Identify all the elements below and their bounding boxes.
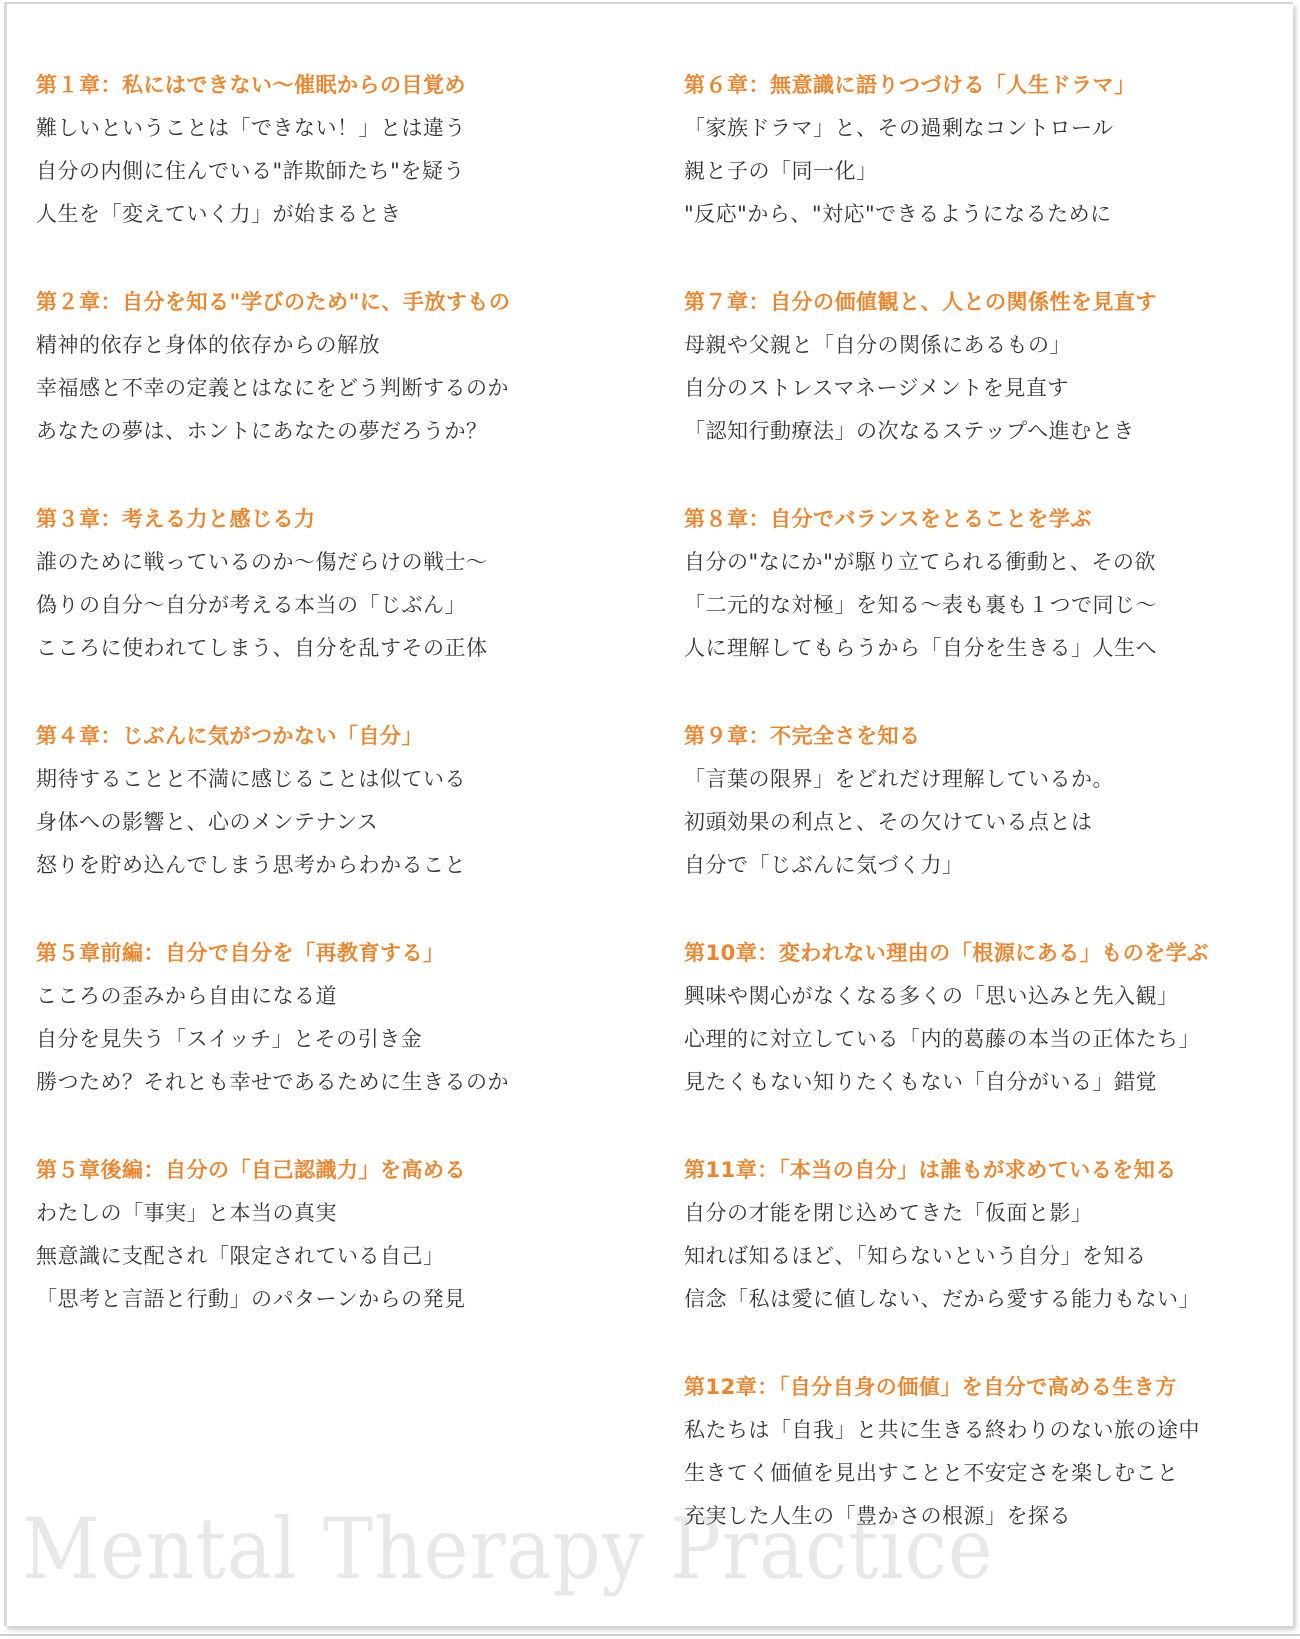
chapter-topic: こころの歪みから自由になる道	[36, 975, 636, 1018]
chapter-title: 第３章：考える力と感じる力	[36, 498, 636, 541]
chapter-topic: 幸福感と不幸の定義とはなにをどう判断するのか	[36, 367, 636, 410]
chapter-title: 第６章：無意識に語りつづける「人生ドラマ」	[684, 64, 1284, 107]
chapter-topic: 偽りの自分〜自分が考える本当の「じぶん」	[36, 584, 636, 627]
chapter-topic: 「家族ドラマ」と、その過剰なコントロール	[684, 107, 1284, 150]
chapter-topic: 自分の内側に住んでいる"詐欺師たち"を疑う	[36, 150, 636, 193]
chapter-title: 第12章：「自分自身の価値」を自分で高める生き方	[684, 1366, 1284, 1409]
chapter-9: 第９章：不完全さを知る 「言葉の限界」をどれだけ理解しているか。 初頭効果の利点…	[684, 715, 1284, 932]
chapter-title: 第４章：じぶんに気がつかない「自分」	[36, 715, 636, 758]
chapter-5-part-1: 第５章前編：自分で自分を「再教育する」 こころの歪みから自由になる道 自分を見失…	[36, 932, 636, 1149]
chapter-2: 第２章：自分を知る"学びのため"に、手放すもの 精神的依存と身体的依存からの解放…	[36, 281, 636, 498]
chapter-topic: 興味や関心がなくなる多くの「思い込みと先入観」	[684, 975, 1284, 1018]
chapter-topic: 自分で「じぶんに気づく力」	[684, 844, 1284, 887]
chapter-topic: あなたの夢は、ホントにあなたの夢だろうか？	[36, 410, 636, 453]
chapter-topic: 私たちは「自我」と共に生きる終わりのない旅の途中	[684, 1409, 1284, 1452]
chapter-title: 第２章：自分を知る"学びのため"に、手放すもの	[36, 281, 636, 324]
chapter-topic: 自分の"なにか"が駆り立てられる衝動と、その欲	[684, 541, 1284, 584]
chapter-11: 第11章：「本当の自分」は誰もが求めているを知る 自分の才能を閉じ込めてきた「仮…	[684, 1149, 1284, 1366]
chapter-title: 第10章：変われない理由の「根源にある」ものを学ぶ	[684, 932, 1284, 975]
chapter-topic: 親と子の「同一化」	[684, 150, 1284, 193]
chapter-12: 第12章：「自分自身の価値」を自分で高める生き方 私たちは「自我」と共に生きる終…	[684, 1366, 1284, 1583]
chapter-topic: 自分を見失う「スイッチ」とその引き金	[36, 1018, 636, 1061]
chapter-title: 第５章後編：自分の「自己認識力」を高める	[36, 1149, 636, 1192]
chapter-list-left: 第１章：私にはできない〜催眠からの目覚め 難しいということは「できない！」とは違…	[36, 64, 636, 1366]
chapter-6: 第６章：無意識に語りつづける「人生ドラマ」 「家族ドラマ」と、その過剰なコントロ…	[684, 64, 1284, 281]
chapter-title: 第11章：「本当の自分」は誰もが求めているを知る	[684, 1149, 1284, 1192]
chapter-topic: 勝つため？それとも幸せであるために生きるのか	[36, 1061, 636, 1104]
chapter-5-part-2: 第５章後編：自分の「自己認識力」を高める わたしの「事実」と本当の真実 無意識に…	[36, 1149, 636, 1366]
chapter-topic: 母親や父親と「自分の関係にあるもの」	[684, 324, 1284, 367]
chapter-topic: 「認知行動療法」の次なるステップへ進むとき	[684, 410, 1284, 453]
chapter-3: 第３章：考える力と感じる力 誰のために戦っているのか〜傷だらけの戦士〜 偽りの自…	[36, 498, 636, 715]
chapter-topic: "反応"から、"対応"できるようになるために	[684, 193, 1284, 236]
chapter-title: 第７章：自分の価値観と、人との関係性を見直す	[684, 281, 1284, 324]
chapter-topic: 生きてく価値を見出すことと不安定さを楽しむこと	[684, 1452, 1284, 1495]
chapter-topic: 初頭効果の利点と、その欠けている点とは	[684, 801, 1284, 844]
chapter-7: 第７章：自分の価値観と、人との関係性を見直す 母親や父親と「自分の関係にあるもの…	[684, 281, 1284, 498]
chapter-list-right: 第６章：無意識に語りつづける「人生ドラマ」 「家族ドラマ」と、その過剰なコントロ…	[684, 64, 1284, 1583]
chapter-title: 第９章：不完全さを知る	[684, 715, 1284, 758]
chapter-title: 第５章前編：自分で自分を「再教育する」	[36, 932, 636, 975]
chapter-title: 第１章：私にはできない〜催眠からの目覚め	[36, 64, 636, 107]
chapter-4: 第４章：じぶんに気がつかない「自分」 期待することと不満に感じることは似ている …	[36, 715, 636, 932]
chapter-topic: 「言葉の限界」をどれだけ理解しているか。	[684, 758, 1284, 801]
chapter-topic: 難しいということは「できない！」とは違う	[36, 107, 636, 150]
chapter-topic: 自分のストレスマネージメントを見直す	[684, 367, 1284, 410]
chapter-topic: 人生を「変えていく力」が始まるとき	[36, 193, 636, 236]
chapter-topic: 見たくもない知りたくもない「自分がいる」錯覚	[684, 1061, 1284, 1104]
chapter-topic: 「思考と言語と行動」のパターンからの発見	[36, 1278, 636, 1321]
chapter-topic: 無意識に支配され「限定されている自己」	[36, 1235, 636, 1278]
chapter-topic: 期待することと不満に感じることは似ている	[36, 758, 636, 801]
chapter-topic: 人に理解してもらうから「自分を生きる」人生へ	[684, 627, 1284, 670]
chapter-topic: わたしの「事実」と本当の真実	[36, 1192, 636, 1235]
chapter-topic: 心理的に対立している「内的葛藤の本当の正体たち」	[684, 1018, 1284, 1061]
chapter-1: 第１章：私にはできない〜催眠からの目覚め 難しいということは「できない！」とは違…	[36, 64, 636, 281]
chapter-topic: 怒りを貯め込んでしまう思考からわかること	[36, 844, 636, 887]
bottom-divider	[0, 1634, 1300, 1636]
chapter-8: 第８章：自分でバランスをとることを学ぶ 自分の"なにか"が駆り立てられる衝動と、…	[684, 498, 1284, 715]
chapter-topic: 身体への影響と、心のメンテナンス	[36, 801, 636, 844]
chapter-topic: 充実した人生の「豊かさの根源」を探る	[684, 1495, 1284, 1538]
chapter-topic: 信念「私は愛に値しない、だから愛する能力もない」	[684, 1278, 1284, 1321]
chapter-topic: 知れば知るほど、「知らないという自分」を知る	[684, 1235, 1284, 1278]
chapter-topic: 精神的依存と身体的依存からの解放	[36, 324, 636, 367]
chapter-10: 第10章：変われない理由の「根源にある」ものを学ぶ 興味や関心がなくなる多くの「…	[684, 932, 1284, 1149]
chapter-topic: 自分の才能を閉じ込めてきた「仮面と影」	[684, 1192, 1284, 1235]
chapter-topic: 「二元的な対極」を知る〜表も裏も１つで同じ〜	[684, 584, 1284, 627]
chapter-topic: 誰のために戦っているのか〜傷だらけの戦士〜	[36, 541, 636, 584]
chapter-title: 第８章：自分でバランスをとることを学ぶ	[684, 498, 1284, 541]
chapter-topic: こころに使われてしまう、自分を乱すその正体	[36, 627, 636, 670]
